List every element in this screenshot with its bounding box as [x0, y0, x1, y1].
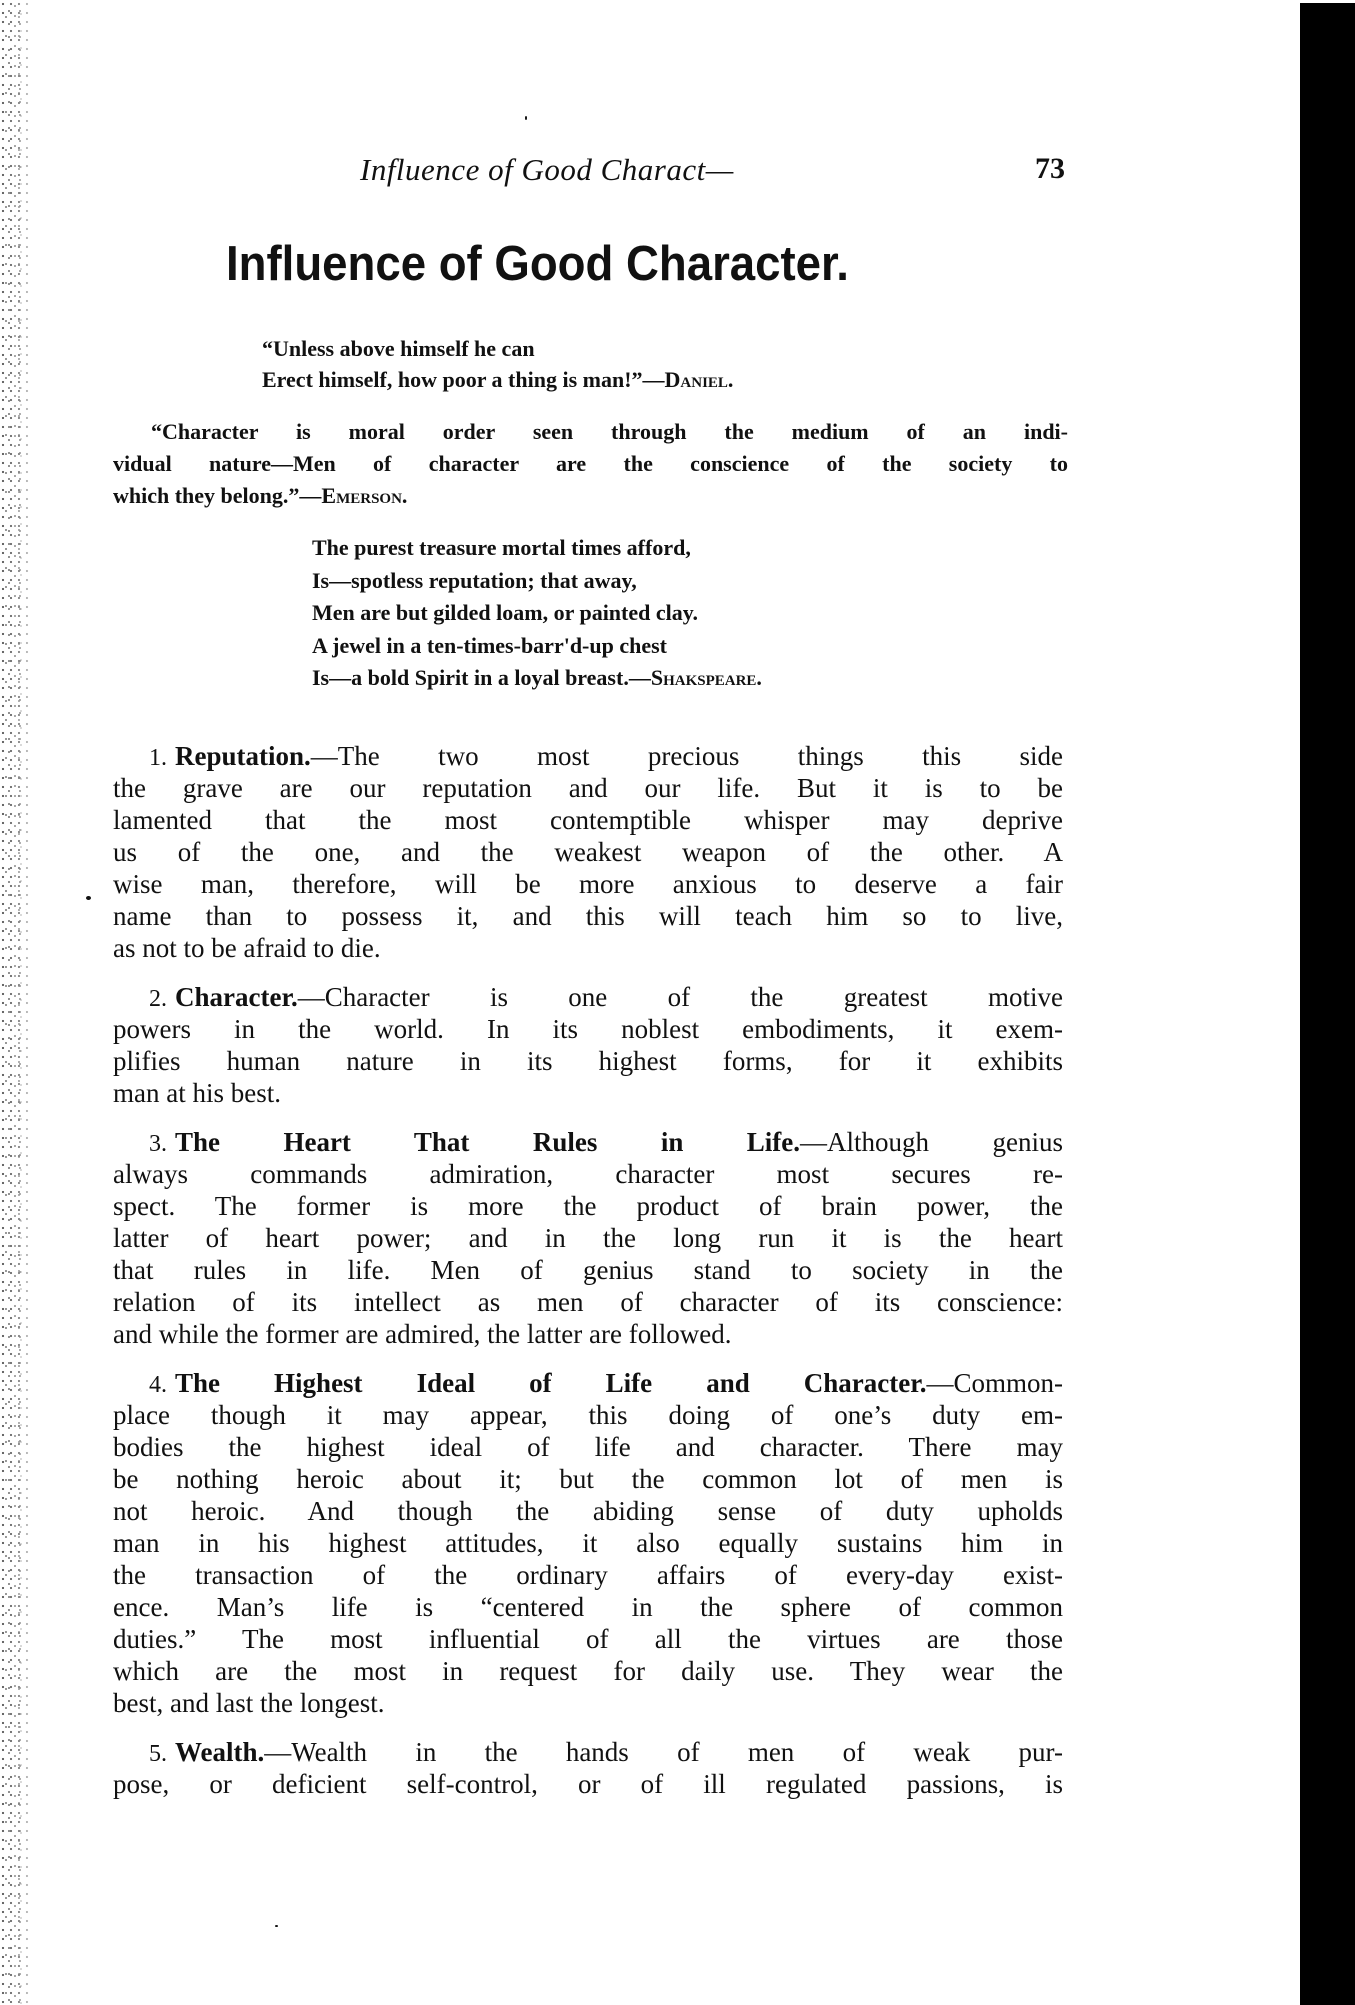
running-title: Influence of Good Charact—: [360, 152, 734, 188]
epigraph-line: which they belong.”—Emerson.: [113, 480, 1068, 512]
poem-line: Men are but gilded loam, or painted clay…: [312, 597, 762, 630]
section-heading: Character.: [175, 982, 298, 1012]
paragraph-line: and while the former are admired, the la…: [113, 1318, 1063, 1350]
poem-line: A jewel in a ten-times-barr'd-up chest: [312, 630, 762, 663]
paragraph-line: man in his highest attitudes, it also eq…: [113, 1527, 1063, 1559]
paragraph-line: pose, or deficient self-control, or of i…: [113, 1768, 1063, 1800]
running-header: Influence of Good Charact— 73: [360, 152, 1080, 186]
epigraph-author: Daniel.: [665, 367, 734, 392]
poem-line: The purest treasure mortal times afford,: [312, 532, 762, 565]
section-heading: The Highest Ideal of Life and Character.: [175, 1368, 926, 1398]
paragraph-line: place though it may appear, this doing o…: [113, 1399, 1063, 1431]
paragraph-line: plifies human nature in its highest form…: [113, 1045, 1063, 1077]
paragraph-line: not heroic. And though the abiding sense…: [113, 1495, 1063, 1527]
section-number: 2.: [149, 986, 167, 1012]
section-number: 1.: [149, 745, 167, 771]
paragraph-line: the grave are our reputation and our lif…: [113, 772, 1063, 804]
section-reputation: 1.Reputation.—The two most precious thin…: [113, 740, 1063, 964]
section-wealth: 5.Wealth.—Wealth in the hands of men of …: [113, 1736, 1063, 1800]
section-heading: Wealth.: [175, 1737, 264, 1767]
section-heading: Reputation.: [175, 741, 311, 771]
epigraph-line: “Unless above himself he can: [262, 333, 733, 364]
page-number: 73: [1035, 152, 1065, 186]
paragraph-line: man at his best.: [113, 1077, 1063, 1109]
scan-dot: [86, 896, 91, 900]
epigraph-line: vidual nature—Men of character are the c…: [113, 448, 1068, 480]
paragraph-line: powers in the world. In its noblest embo…: [113, 1013, 1063, 1045]
paragraph-line: always commands admiration, character mo…: [113, 1158, 1063, 1190]
paragraph-line: that rules in life. Men of genius stand …: [113, 1254, 1063, 1286]
scan-dot: [275, 1925, 278, 1927]
poem-author: Shakspeare.: [651, 665, 762, 690]
poem-line: Is—spotless reputation; that away,: [312, 565, 762, 598]
section-character: 2.Character.—Character is one of the gre…: [113, 981, 1063, 1109]
section-heading: The Heart That Rules in Life.: [175, 1127, 800, 1157]
paragraph-line: as not to be afraid to die.: [113, 932, 1063, 964]
paragraph-line: bodies the highest ideal of life and cha…: [113, 1431, 1063, 1463]
paragraph-line: spect. The former is more the product of…: [113, 1190, 1063, 1222]
paragraph-line: 2.Character.—Character is one of the gre…: [113, 981, 1063, 1013]
paragraph-line: which are the most in request for daily …: [113, 1655, 1063, 1687]
poem-shakspeare: The purest treasure mortal times afford,…: [312, 532, 762, 695]
section-number: 5.: [149, 1741, 167, 1767]
section-highest-ideal: 4.The Highest Ideal of Life and Characte…: [113, 1367, 1063, 1719]
paragraph-line: 3.The Heart That Rules in Life.—Although…: [113, 1126, 1063, 1158]
poem-line: Is—a bold Spirit in a loyal breast.—Shak…: [312, 662, 762, 695]
scan-dot: [525, 116, 527, 120]
paragraph-line: ence. Man’s life is “centered in the sph…: [113, 1591, 1063, 1623]
paragraph-line: be nothing heroic about it; but the comm…: [113, 1463, 1063, 1495]
section-number: 4.: [149, 1372, 167, 1398]
paragraph-line: 4.The Highest Ideal of Life and Characte…: [113, 1367, 1063, 1399]
paragraph-line: 5.Wealth.—Wealth in the hands of men of …: [113, 1736, 1063, 1768]
paragraph-line: duties.” The most influential of all the…: [113, 1623, 1063, 1655]
paragraph-line: the transaction of the ordinary affairs …: [113, 1559, 1063, 1591]
scan-margin-bar: [1300, 3, 1355, 2005]
section-heart-rules: 3.The Heart That Rules in Life.—Although…: [113, 1126, 1063, 1350]
paragraph-line: name than to possess it, and this will t…: [113, 900, 1063, 932]
epigraph-emerson: “Character is moral order seen through t…: [113, 416, 1068, 512]
paragraph-line: us of the one, and the weakest weapon of…: [113, 836, 1063, 868]
paragraph-line: wise man, therefore, will be more anxiou…: [113, 868, 1063, 900]
epigraph-daniel: “Unless above himself he can Erect himse…: [262, 333, 733, 395]
chapter-title: Influence of Good Character.: [226, 236, 914, 292]
paragraph-line: 1.Reputation.—The two most precious thin…: [113, 740, 1063, 772]
epigraph-author: Emerson.: [321, 483, 407, 508]
paragraph-line: best, and last the longest.: [113, 1687, 1063, 1719]
body-text: 1.Reputation.—The two most precious thin…: [113, 740, 1063, 1817]
scan-edge-fade: [0, 0, 40, 2005]
paragraph-line: lamented that the most contemptible whis…: [113, 804, 1063, 836]
paragraph-line: latter of heart power; and in the long r…: [113, 1222, 1063, 1254]
paragraph-line: relation of its intellect as men of char…: [113, 1286, 1063, 1318]
epigraph-line: Erect himself, how poor a thing is man!”…: [262, 364, 733, 395]
epigraph-line: “Character is moral order seen through t…: [113, 416, 1068, 448]
section-number: 3.: [149, 1131, 167, 1157]
